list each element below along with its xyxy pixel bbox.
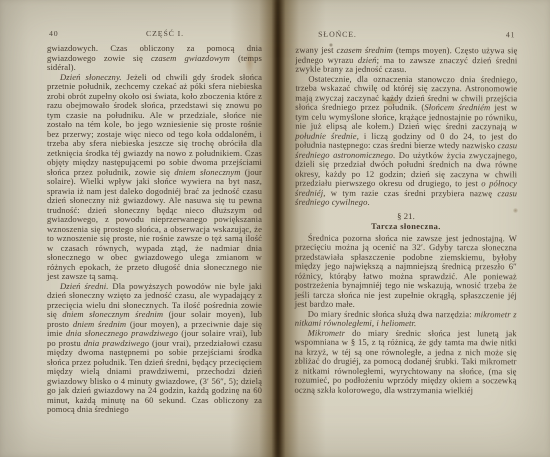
paragraph-narzedzia: Do miary średnic słońca służą dwa narzęd… (295, 309, 517, 329)
paragraph-continuation: gwiazdowych. Czas obliczony za pomocą dn… (47, 44, 262, 73)
running-title-right: SŁOŃCE. (318, 30, 357, 39)
italic-text-run: dniem słonecznym (174, 167, 240, 177)
text-run: Średnica pozorna słońca nie zawsze jest … (295, 232, 517, 309)
text-run: § 21. (397, 210, 415, 220)
italic-text-run: dniem słonecznym średnim (62, 309, 163, 319)
italic-text-run: Dzień słoneczny. (60, 72, 122, 82)
text-run: . (367, 197, 369, 207)
paragraph-continuation: zwany jest czasem średnim (temps moyen).… (295, 46, 517, 75)
left-page-header: 40 CZĘŚĆ I. (47, 29, 262, 40)
italic-text-run: dnia prawdziwego (84, 338, 150, 348)
page-number-left: 40 (49, 29, 59, 38)
italic-text-run: czasem gwiazdowym (151, 53, 230, 63)
book-scan: 40 CZĘŚĆ I. gwiazdowych. Czas obliczony … (0, 0, 550, 457)
text-run: (jour vrai), przedziałowi czasu między d… (47, 338, 262, 415)
italic-text-run: dnia słonecznego prawdziwego (66, 328, 178, 338)
page-number-right: 41 (506, 30, 516, 39)
paragraph-dzien-sloneczny: Dzień słoneczny. Jeżeli od chwili gdy śr… (47, 73, 262, 282)
left-page: 40 CZĘŚĆ I. gwiazdowych. Czas obliczony … (47, 29, 262, 415)
left-page-text: gwiazdowych. Czas obliczony za pomocą dn… (47, 44, 262, 415)
section-number: § 21. (295, 211, 517, 221)
paragraph-srednica: Średnica pozorna słońca nie zawsze jest … (295, 233, 517, 310)
paragraph-dzien-sredni: Dzień średni. Dla powyższych powodów nie… (47, 282, 262, 415)
text-run: Jeżeli od chwili gdy środek słońca przet… (47, 72, 262, 177)
text-run: (jour solaire). Wielki wpływ jaki słońce… (47, 167, 262, 282)
right-page-text: zwany jest czasem średnim (temps moyen).… (295, 46, 518, 396)
italic-text-run: dniem średnim (73, 319, 126, 329)
paragraph-ostatecznie: Ostatecznie, dla oznaczenia stanowczo dn… (295, 74, 517, 208)
text-run: do miary średnic słońca jest lunetą jak … (295, 327, 517, 394)
italic-text-run: Dzień średni. (60, 281, 108, 291)
paragraph-mikrometr: Mikrometr do miary średnic słońca jest l… (295, 328, 517, 395)
section-title: Tarcza słoneczna. (295, 222, 517, 232)
text-run: Tarcza słoneczna. (371, 222, 441, 231)
right-page: SŁOŃCE. 41 zwany jest czasem średnim (te… (295, 29, 518, 396)
running-title-left: CZĘŚĆ I. (146, 29, 184, 38)
right-page-header: SŁOŃCE. 41 (295, 29, 517, 41)
